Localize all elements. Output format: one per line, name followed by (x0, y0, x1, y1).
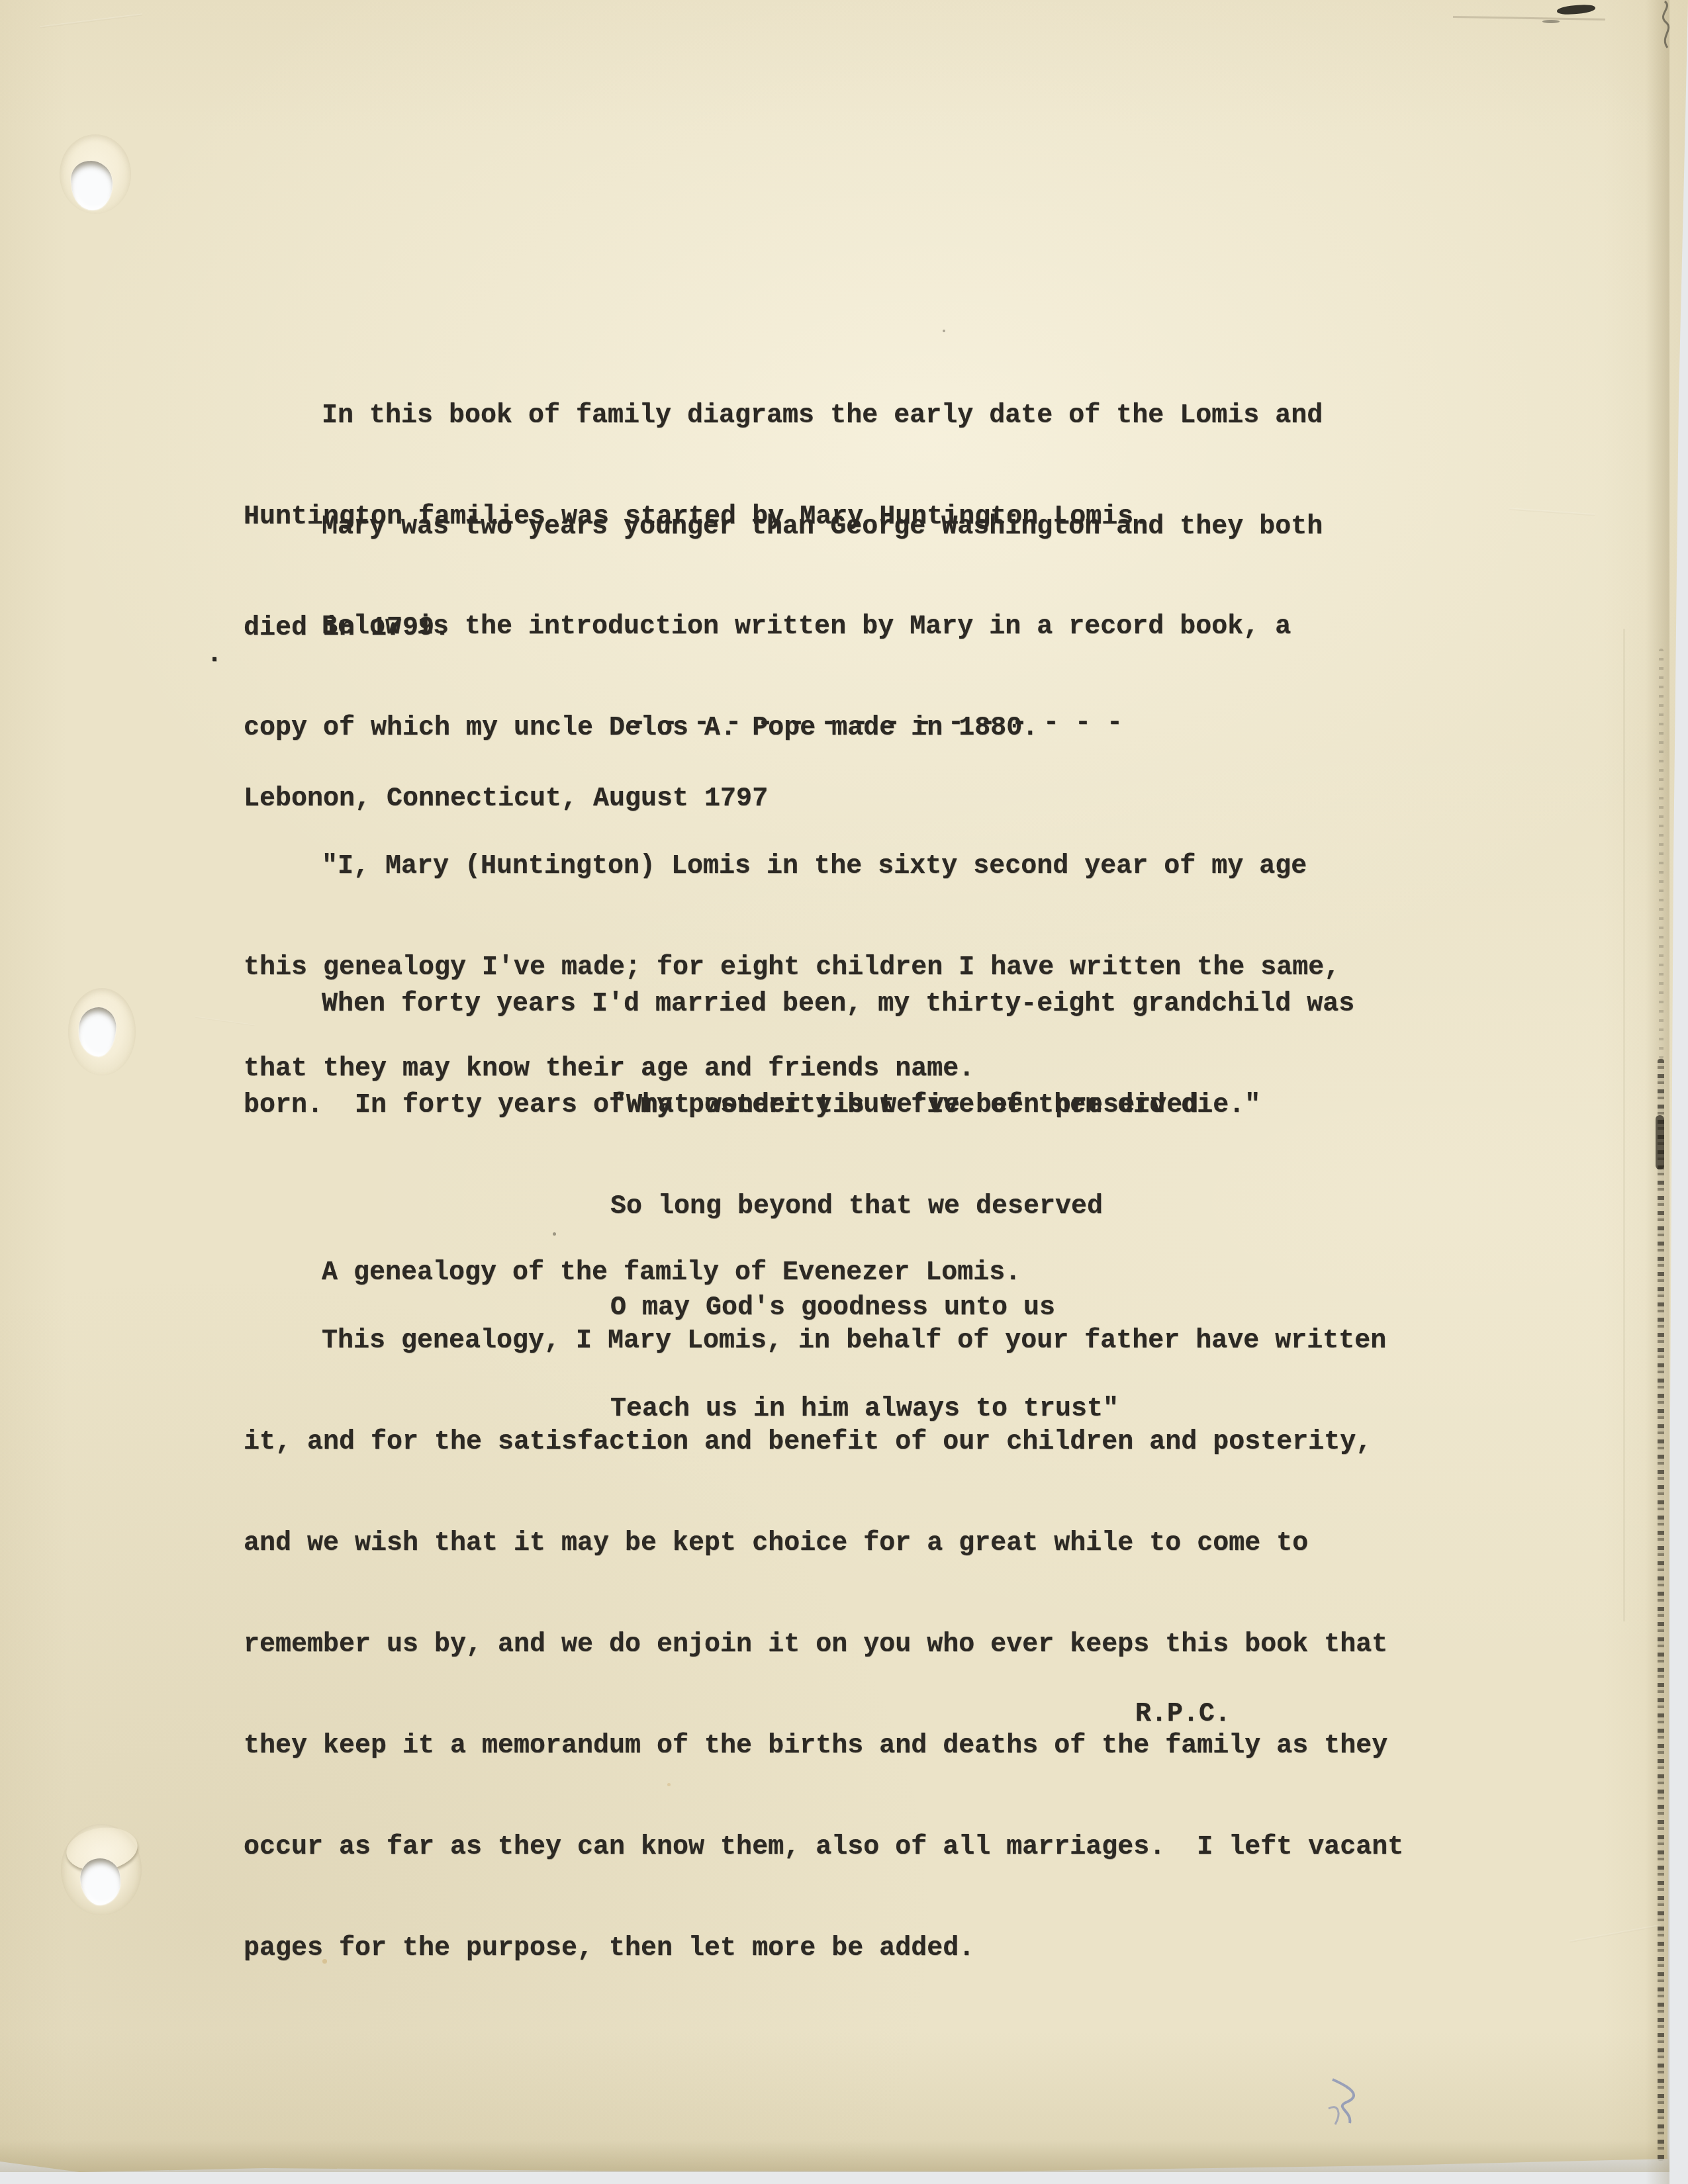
vertical-crease (1623, 629, 1625, 1621)
ink-smudge-small (1542, 20, 1560, 23)
typed-line: it, and for the satisfaction and benefit… (244, 1426, 1455, 1459)
typed-line: remember us by, and we do enjoin it on y… (244, 1628, 1455, 1662)
page-edge-speckles-faint (1659, 649, 1664, 1059)
typed-line: "I, Mary (Huntington) Lomis in the sixty… (244, 850, 1455, 884)
typed-line: occur as far as they can know them, also… (244, 1831, 1455, 1864)
pencil-scribble (1652, 0, 1682, 60)
typed-line: they keep it a memorandum of the births … (244, 1729, 1455, 1763)
typed-line: R.P.C. (1135, 1698, 1231, 1731)
typed-line: Mary was two years younger than George W… (244, 510, 1455, 544)
typed-line: and we wish that it may be kept choice f… (244, 1527, 1455, 1561)
paragraph-closing: This genealogy, I Mary Lomis, in behalf … (244, 1257, 1455, 1999)
typed-line: This genealogy, I Mary Lomis, in behalf … (244, 1324, 1455, 1358)
blue-ink-mark (1314, 2071, 1377, 2138)
signature-initials: R.P.C. (1135, 1630, 1231, 1765)
poem-line: "What wonder tis we've been preserved (610, 1089, 1198, 1122)
stray-period: . (207, 570, 238, 705)
page-edge-speckles (1658, 1059, 1664, 2161)
typed-line: In this book of family diagrams the earl… (244, 399, 1455, 433)
typed-line: When forty years I'd married been, my th… (244, 987, 1455, 1021)
scanned-document-screenshot: { "colors": { "paper": "#ebe3c8", "ink":… (0, 0, 1688, 2184)
typed-line: . (207, 638, 238, 672)
page-edge-ink-blob (1656, 1115, 1664, 1169)
bottom-edge-shadow (0, 2140, 1669, 2172)
typed-line: pages for the purpose, then let more be … (244, 1932, 1455, 1966)
